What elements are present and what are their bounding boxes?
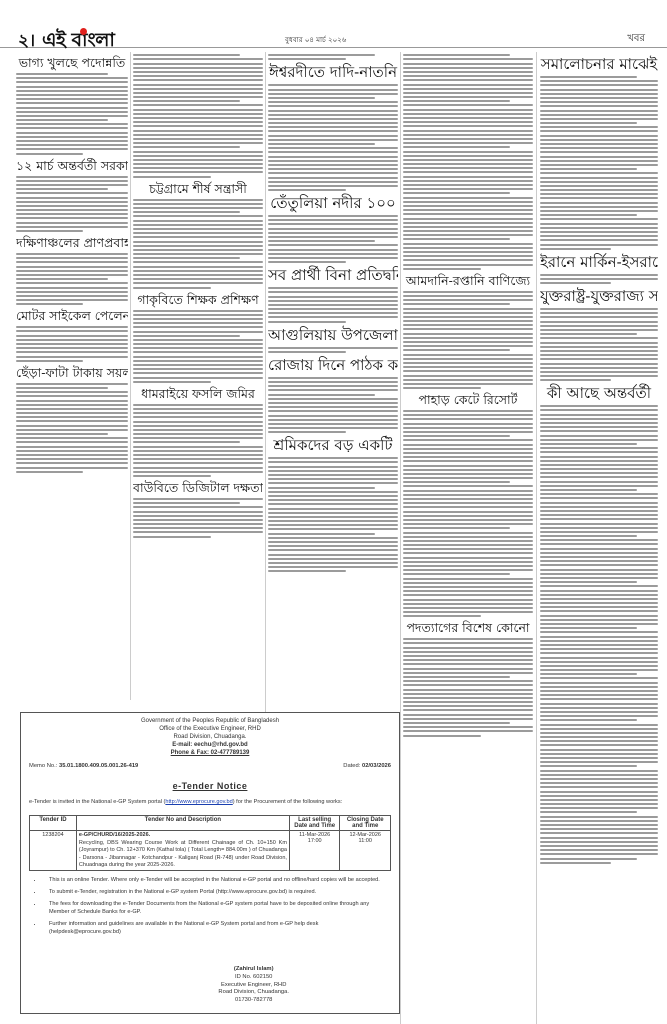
article-headline: মোটর সাইকেল পেলেন	[16, 308, 128, 323]
article: কী আছে অন্তর্বর্তী	[540, 384, 658, 863]
article-headline: গাকৃবিতে শিক্ষক প্রশিক্ষণ	[133, 292, 263, 307]
article: ১২ মার্চ অন্তর্বর্তী সরকার	[16, 158, 128, 232]
article-headline: সমালোচনার মাঝেই	[540, 55, 658, 73]
section-label: খবর	[627, 31, 645, 48]
article-body	[16, 73, 128, 155]
column-divider	[130, 52, 131, 700]
article-body	[133, 498, 263, 538]
article: আগুলিয়ায় উপজেলা	[268, 326, 398, 353]
column-2: চট্টগ্রামে শীর্ষ সন্ত্রাসীগাকৃবিতে শিক্ষ…	[133, 52, 263, 742]
issue-date: বুধবার ০৪ মার্চ ২০২৬	[285, 34, 346, 46]
article-headline: ছেঁড়া-ফাটা টাকায় সয়লাব	[16, 365, 128, 380]
article-body	[268, 54, 398, 60]
article-headline: পদত্যাগের বিশেষ কোনো	[403, 620, 533, 635]
article-body	[540, 76, 658, 250]
column-4: আমদানি-রপ্তানি বাণিজ্যেপাহাড় কেটে রিসোর…	[403, 52, 533, 1024]
article: ভাগ্য খুলছে পদোন্নতি	[16, 55, 128, 155]
article	[268, 54, 398, 60]
signature-block: (Zahirul Islam) ID No. 602150 Executive …	[218, 966, 289, 1005]
office-line: Office of the Executive Engineer, RHD	[29, 725, 391, 733]
article-headline: ভাগ্য খুলছে পদোন্নতি	[16, 55, 128, 70]
article: ইরানে মার্কিন-ইসরায়েলি	[540, 253, 658, 284]
article-headline: ১২ মার্চ অন্তর্বর্তী সরকার	[16, 158, 128, 173]
instruction-item: The fees for downloading the e-Tender Do…	[43, 901, 391, 917]
instruction-item: To submit e-Tender, registration in the …	[43, 889, 391, 897]
article: বাউবিতে ডিজিটাল দক্ষতা	[133, 480, 263, 538]
table-row: 1238204 e-GP/CHURD/16/2025-2026. Recycli…	[30, 831, 391, 871]
article-body	[268, 457, 398, 572]
article-body	[268, 287, 398, 323]
article-body	[403, 410, 533, 617]
article-headline: কী আছে অন্তর্বর্তী	[540, 384, 658, 402]
tender-header: Government of the Peoples Republic of Ba…	[29, 717, 391, 757]
column-1: ভাগ্য খুলছে পদোন্নতি১২ মার্চ অন্তর্বর্তী…	[16, 52, 128, 700]
article-headline: আগুলিয়ায় উপজেলা	[268, 326, 398, 344]
tender-id: 1238204	[30, 831, 77, 871]
article-headline: যুক্তরাষ্ট্র-যুক্তরাজ্য সম্পর্কে	[540, 287, 658, 305]
article-body	[540, 405, 658, 863]
article-headline: আমদানি-রপ্তানি বাণিজ্যে	[403, 273, 533, 288]
tender-table: Tender ID Tender No and Description Last…	[29, 815, 391, 871]
article	[403, 54, 533, 270]
closing-date: 12-Mar-2026 11:00	[340, 831, 391, 871]
article-headline: ধামরাইয়ে ফসলি জমির	[133, 386, 263, 401]
gov-line: Government of the Peoples Republic of Ba…	[29, 717, 391, 725]
article-body	[268, 347, 398, 353]
tender-instructions: This is an online Tender. Where only e-T…	[43, 877, 391, 936]
header-description: Tender No and Description	[76, 816, 289, 831]
division-line: Road Division, Chuadanga.	[29, 733, 391, 741]
instruction-item: This is an online Tender. Where only e-T…	[43, 877, 391, 885]
article-headline: শ্রমিকদের বড় একটি	[268, 436, 398, 454]
article: রোজায় দিনে পাঠক কম	[268, 356, 398, 433]
article: ধামরাইয়ে ফসলি জমির	[133, 386, 263, 477]
article-body	[540, 308, 658, 381]
article-body	[403, 638, 533, 736]
article: সব প্রার্থী বিনা প্রতিদ্বন্দ্বিতায়	[268, 266, 398, 323]
article-body	[133, 404, 263, 477]
memo-row: Memo No.: 35.01.1800.409.05.001.26-419 D…	[29, 763, 391, 769]
article-headline: ইরানে মার্কিন-ইসরায়েলি	[540, 253, 658, 271]
article-body	[403, 54, 533, 270]
eprocure-link[interactable]: http://www.eprocure.gov.bd	[165, 799, 232, 805]
header-last-selling: Last selling Date and Time	[289, 816, 340, 831]
article: চট্টগ্রামে শীর্ষ সন্ত্রাসী	[133, 181, 263, 289]
phone-line: Phone & Fax: 02-477789139	[29, 749, 391, 757]
last-selling-date: 11-Mar-2026 17:00	[289, 831, 340, 871]
article-body	[16, 383, 128, 473]
article-body	[16, 253, 128, 305]
email-line: E-mail: eechu@rhd.gov.bd	[29, 741, 391, 749]
column-divider	[400, 52, 401, 1024]
column-divider	[536, 52, 537, 1024]
article: যুক্তরাষ্ট্র-যুক্তরাজ্য সম্পর্কে	[540, 287, 658, 381]
column-divider	[265, 52, 266, 742]
article: পাহাড় কেটে রিসোর্ট	[403, 392, 533, 617]
article-body	[133, 310, 263, 383]
article-body	[268, 215, 398, 263]
article: মোটর সাইকেল পেলেন	[16, 308, 128, 362]
article: ঈশ্বরদীতে দাদি-নাতনি	[268, 63, 398, 191]
column-5: সমালোচনার মাঝেইইরানে মার্কিন-ইসরায়েলিযু…	[540, 52, 658, 1024]
tender-description: e-GP/CHURD/16/2025-2026. Recycling, DBS …	[76, 831, 289, 871]
article-body	[268, 84, 398, 191]
article: দক্ষিণাঞ্চলের প্রাণপ্রবাহ	[16, 235, 128, 305]
column-3: ঈশ্বরদীতে দাদি-নাতনিতেঁতুলিয়া নদীর ১০০স…	[268, 52, 398, 742]
article-body	[16, 326, 128, 362]
header-closing: Closing Date and Time	[340, 816, 391, 831]
header-tender-id: Tender ID	[30, 816, 77, 831]
instruction-item: Further information and guidelines are a…	[43, 921, 391, 937]
article-body	[540, 274, 658, 284]
article-headline: দক্ষিণাঞ্চলের প্রাণপ্রবাহ	[16, 235, 128, 250]
memo-number: Memo No.: 35.01.1800.409.05.001.26-419	[29, 763, 138, 769]
article-body	[403, 291, 533, 389]
article-headline: রোজায় দিনে পাঠক কম	[268, 356, 398, 374]
logo-sun-icon	[80, 28, 87, 35]
masthead: ২। এই বাংলা বুধবার ০৪ মার্চ ২০২৬ খবর	[0, 26, 667, 48]
memo-date: Dated: 02/03/2026	[343, 763, 391, 769]
article-headline: চট্টগ্রামে শীর্ষ সন্ত্রাসী	[133, 181, 263, 196]
article: পদত্যাগের বিশেষ কোনো	[403, 620, 533, 736]
article-headline: সব প্রার্থী বিনা প্রতিদ্বন্দ্বিতায়	[268, 266, 398, 284]
article-headline: তেঁতুলিয়া নদীর ১০০	[268, 194, 398, 212]
article: ছেঁড়া-ফাটা টাকায় সয়লাব	[16, 365, 128, 473]
article: সমালোচনার মাঝেই	[540, 55, 658, 250]
article: তেঁতুলিয়া নদীর ১০০	[268, 194, 398, 263]
article: শ্রমিকদের বড় একটি	[268, 436, 398, 572]
article-body	[133, 199, 263, 289]
article-body	[268, 377, 398, 433]
article-headline: পাহাড় কেটে রিসোর্ট	[403, 392, 533, 407]
article-body	[133, 54, 263, 177]
tender-title: e-Tender Notice	[29, 781, 391, 791]
article-body	[16, 176, 128, 232]
article	[133, 54, 263, 177]
article-headline: বাউবিতে ডিজিটাল দক্ষতা	[133, 480, 263, 495]
article-headline: ঈশ্বরদীতে দাদি-নাতনি	[268, 63, 398, 81]
tender-intro: e-Tender is invited in the National e-GP…	[29, 799, 391, 807]
article: আমদানি-রপ্তানি বাণিজ্যে	[403, 273, 533, 389]
article: গাকৃবিতে শিক্ষক প্রশিক্ষণ	[133, 292, 263, 383]
e-tender-notice-ad: Government of the Peoples Republic of Ba…	[20, 712, 400, 1014]
